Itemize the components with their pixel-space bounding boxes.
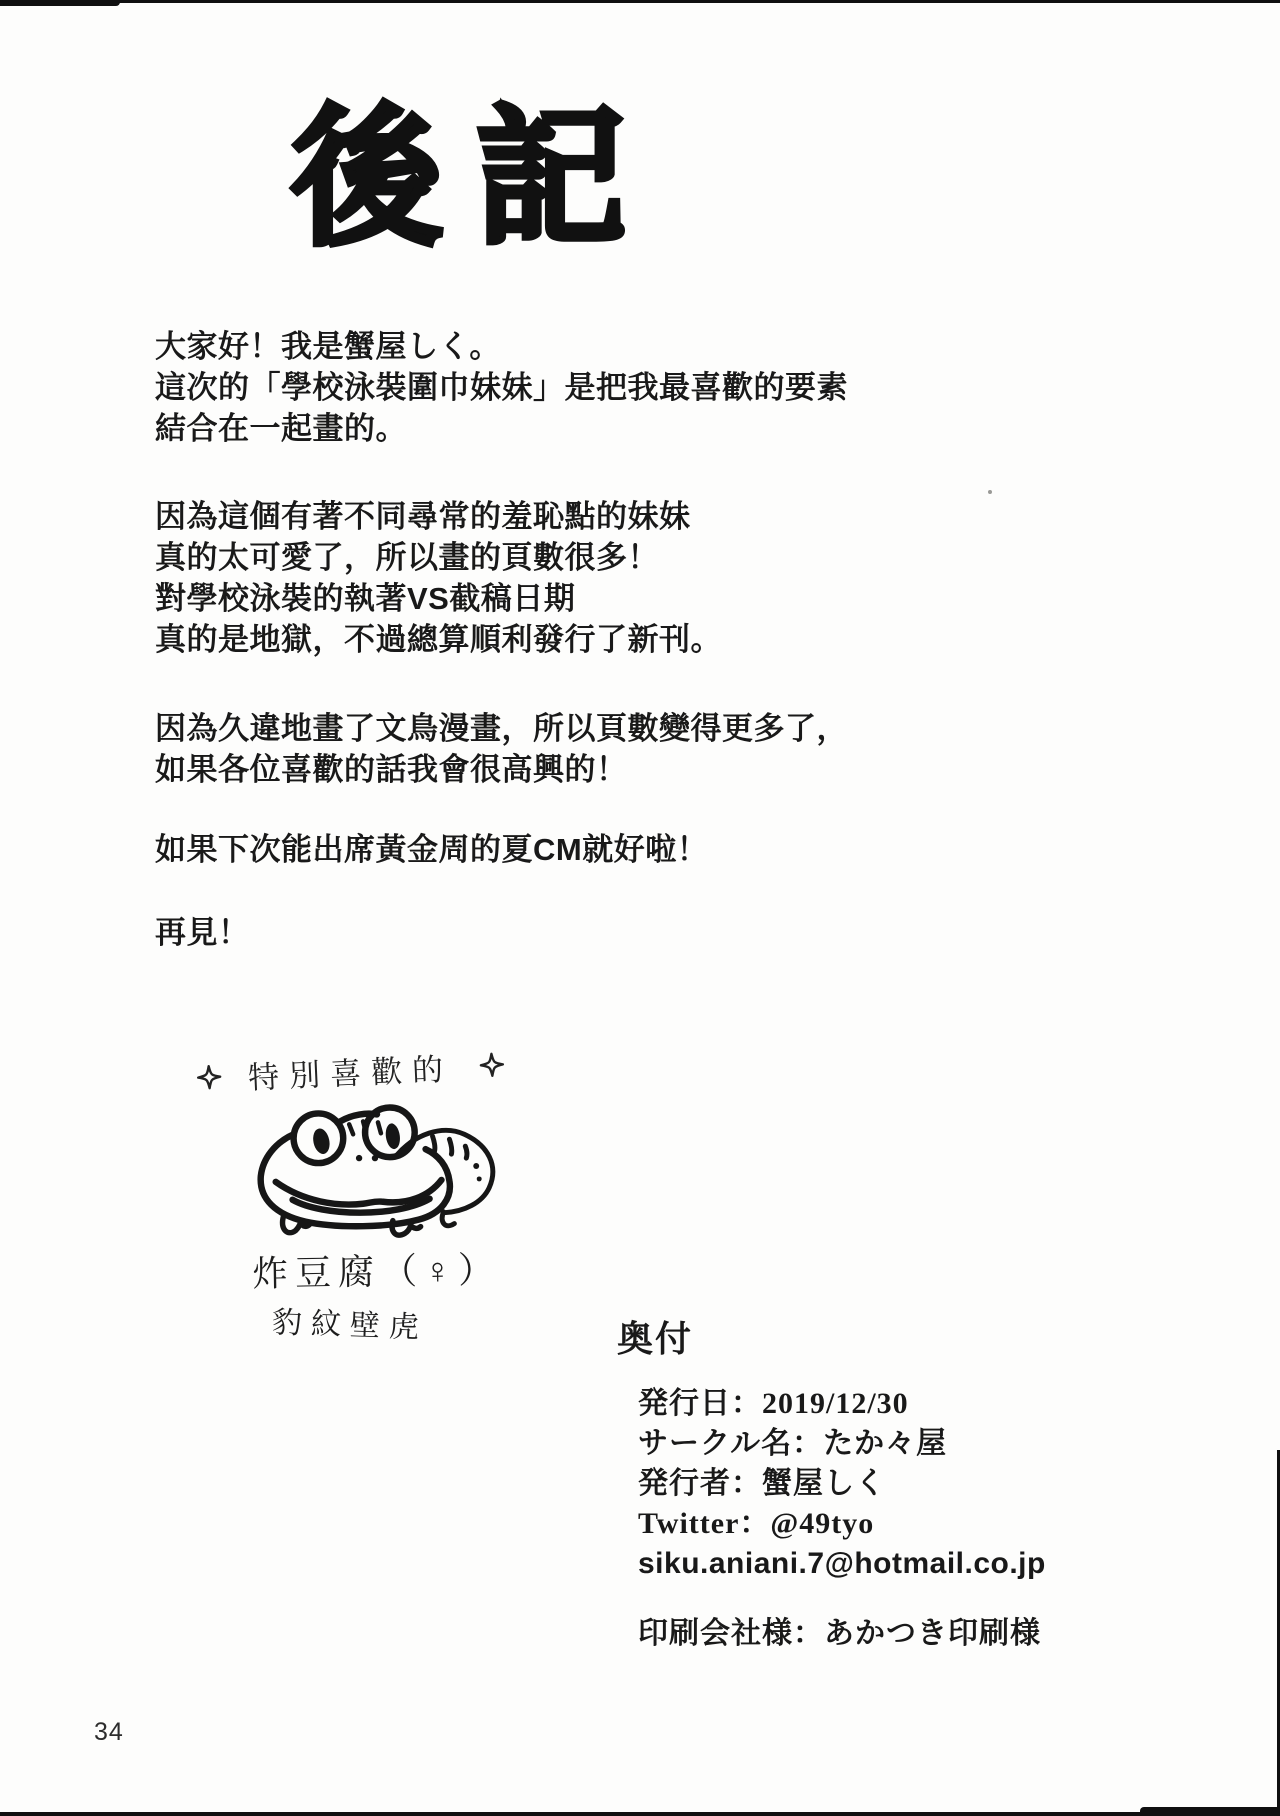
colophon-block: 発行日：2019/12/30 サークル名：たか々屋 発行者：蟹屋しく Twitt… bbox=[638, 1384, 1046, 1584]
text-line: 這次的「學校泳裝圍巾妹妹」是把我最喜歡的要素 bbox=[155, 367, 848, 408]
text-line: 如果下次能出席黃金周的夏CM就好啦！ bbox=[155, 829, 708, 870]
scan-artifact-top-edge bbox=[0, 0, 1280, 3]
text-line: 對學校泳裝的執著VS截稿日期 bbox=[155, 578, 722, 619]
doodle-caption-fried-tofu: 炸豆腐（♀） bbox=[252, 1242, 502, 1297]
afterword-paragraph-3: 因為久違地畫了文鳥漫畫，所以頁數變得更多了， 如果各位喜歡的話我會很高興的！ bbox=[155, 708, 848, 790]
text-line: 大家好！我是蟹屋しく。 bbox=[155, 326, 848, 367]
colophon-line-twitter: Twitter：@49tyo bbox=[638, 1504, 1046, 1544]
sparkle-icon bbox=[196, 1063, 223, 1090]
frog-and-gecko-doodle bbox=[238, 1100, 506, 1240]
doodle-caption-leopard-gecko: 豹紋壁虎 bbox=[271, 1297, 428, 1346]
colophon-line-email: siku.aniani.7@hotmail.co.jp bbox=[638, 1544, 1046, 1584]
afterword-paragraph-2: 因為這個有著不同尋常的羞恥點的妹妹 真的太可愛了，所以畫的頁數很多！ 對學校泳裝… bbox=[155, 496, 722, 660]
text-line: 再見！ bbox=[155, 912, 250, 953]
text-line: 因為這個有著不同尋常的羞恥點的妹妹 bbox=[155, 496, 722, 537]
text-line: 真的太可愛了，所以畫的頁數很多！ bbox=[155, 537, 722, 578]
text-line: 結合在一起畫的。 bbox=[155, 408, 848, 449]
scan-artifact-bottom-edge bbox=[0, 1812, 1280, 1816]
doodle-heading: 特別喜歡的 bbox=[195, 1041, 506, 1099]
afterword-paragraph-5: 再見！ bbox=[155, 912, 250, 953]
doodle-heading-label: 特別喜歡的 bbox=[247, 1044, 454, 1098]
afterword-paragraph-4: 如果下次能出席黃金周的夏CM就好啦！ bbox=[155, 829, 708, 870]
scan-speck bbox=[988, 490, 992, 494]
scan-artifact-top-left bbox=[0, 0, 120, 6]
colophon-line-printer: 印刷会社様：あかつき印刷様 bbox=[638, 1608, 1041, 1652]
colophon-line-release-date: 発行日：2019/12/30 bbox=[638, 1384, 1046, 1424]
colophon-line-circle-name: サークル名：たか々屋 bbox=[638, 1424, 1046, 1464]
text-line: 因為久違地畫了文鳥漫畫，所以頁數變得更多了， bbox=[155, 708, 848, 749]
text-line: 如果各位喜歡的話我會很高興的！ bbox=[155, 749, 848, 790]
afterword-page: 後記 大家好！我是蟹屋しく。 這次的「學校泳裝圍巾妹妹」是把我最喜歡的要素 結合… bbox=[0, 0, 1280, 1816]
colophon-heading: 奥付 bbox=[617, 1311, 693, 1362]
page-number: 34 bbox=[94, 1718, 124, 1747]
text-line: 真的是地獄，不過總算順利發行了新刊。 bbox=[155, 619, 722, 660]
colophon-line-publisher: 発行者：蟹屋しく bbox=[638, 1464, 1046, 1504]
sparkle-icon bbox=[478, 1051, 505, 1078]
scan-artifact-bottom-right bbox=[1140, 1807, 1280, 1816]
afterword-paragraph-1: 大家好！我是蟹屋しく。 這次的「學校泳裝圍巾妹妹」是把我最喜歡的要素 結合在一起… bbox=[155, 326, 848, 449]
page-title: 後記 bbox=[292, 96, 660, 261]
